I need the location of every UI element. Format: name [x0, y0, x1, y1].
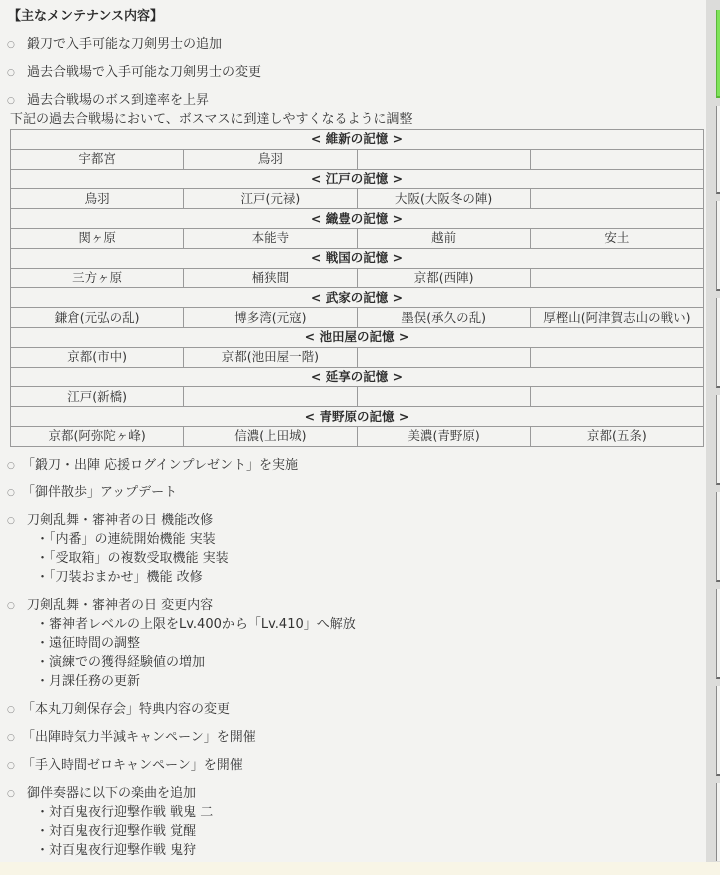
- table-cell: [530, 268, 703, 288]
- side-tab-5[interactable]: [716, 395, 720, 485]
- table-cell: 鳥羽: [11, 189, 184, 209]
- list-item-text: 御伴奏器に以下の楽曲を追加: [27, 785, 196, 803]
- list-item-text: 「鍛刀・出陣 応援ログインプレゼント」を実施: [22, 457, 298, 475]
- table-cell: 京都(阿弥陀ヶ峰): [11, 426, 184, 446]
- side-tab-1[interactable]: [716, 10, 720, 98]
- era-title: < 織豊の記憶 >: [11, 209, 704, 229]
- circle-bullet-icon: ○: [7, 484, 15, 502]
- table-cell: 江戸(新橋): [11, 387, 184, 407]
- sub-item: ・「受取箱」の複数受取機能 実装: [36, 549, 229, 569]
- era-header-row: < 維新の記憶 >: [11, 130, 704, 150]
- table-cell: [357, 387, 530, 407]
- circle-bullet-icon: ○: [7, 512, 15, 530]
- list-item-text: 「出陣時気力半減キャンペーン」を開催: [22, 729, 256, 747]
- list-item-text: 過去合戦場で入手可能な刀剣男士の変更: [27, 64, 261, 82]
- sub-item: ・対百鬼夜行迎撃作戦 戦鬼 二: [36, 803, 213, 823]
- table-cell: 美濃(青野原): [357, 426, 530, 446]
- boss-note: 下記の過去合戦場において、ボスマスに到達しやすくなるように調整: [10, 111, 412, 129]
- sub-item: ・遠征時間の調整: [36, 634, 140, 654]
- era-title: < 江戸の記憶 >: [11, 169, 704, 189]
- circle-bullet-icon: ○: [7, 729, 15, 747]
- circle-bullet-icon: ○: [7, 785, 15, 803]
- table-cell: [357, 347, 530, 367]
- table-cell: 本能寺: [184, 228, 357, 248]
- list-item-text: 刀剣乱舞・審神者の日 機能改修: [27, 512, 213, 530]
- side-tab-bar: [706, 0, 720, 862]
- table-row: 京都(阿弥陀ヶ峰) 信濃(上田城) 美濃(青野原) 京都(五条): [11, 426, 704, 446]
- table-cell: 関ヶ原: [11, 228, 184, 248]
- sub-item: ・対百鬼夜行迎撃作戦 覚醒: [36, 822, 196, 842]
- side-tab-9[interactable]: [716, 783, 720, 861]
- table-cell: 三方ヶ原: [11, 268, 184, 288]
- era-title: < 武家の記憶 >: [11, 288, 704, 308]
- era-header-row: < 青野原の記憶 >: [11, 407, 704, 427]
- table-cell: 安土: [530, 228, 703, 248]
- table-cell: 鳥羽: [184, 149, 357, 169]
- circle-bullet-icon: ○: [7, 64, 15, 82]
- era-header-row: < 延享の記憶 >: [11, 367, 704, 387]
- sub-item: ・「内番」の連続開始機能 実装: [36, 530, 216, 550]
- era-title: < 青野原の記憶 >: [11, 407, 704, 427]
- circle-bullet-icon: ○: [7, 36, 15, 54]
- table-cell: 京都(五条): [530, 426, 703, 446]
- era-title: < 戦国の記憶 >: [11, 248, 704, 268]
- table-cell: [530, 149, 703, 169]
- era-title: < 池田屋の記憶 >: [11, 327, 704, 347]
- table-row: 宇都宮 鳥羽: [11, 149, 704, 169]
- era-header-row: < 江戸の記憶 >: [11, 169, 704, 189]
- table-cell: 越前: [357, 228, 530, 248]
- sub-item: ・月課任務の更新: [36, 672, 140, 692]
- era-title: < 延享の記憶 >: [11, 367, 704, 387]
- section-heading: 【主なメンテナンス内容】: [8, 8, 163, 26]
- era-header-row: < 武家の記憶 >: [11, 288, 704, 308]
- table-cell: 厚樫山(阿津賀志山の戦い): [530, 308, 703, 328]
- side-tab-3[interactable]: [716, 201, 720, 291]
- sub-item: ・演練での獲得経験値の増加: [36, 653, 205, 673]
- circle-bullet-icon: ○: [7, 757, 15, 775]
- sub-item: ・審神者レベルの上限をLv.400から「Lv.410」へ解放: [36, 615, 356, 635]
- table-row: 鳥羽 江戸(元禄) 大阪(大阪冬の陣): [11, 189, 704, 209]
- maintenance-content: 【主なメンテナンス内容】 ○ 鍛刀で入手可能な刀剣男士の追加 ○ 過去合戦場で入…: [0, 0, 706, 860]
- table-cell: [530, 347, 703, 367]
- list-item-text: 過去合戦場のボス到達率を上昇: [27, 92, 209, 110]
- era-header-row: < 池田屋の記憶 >: [11, 327, 704, 347]
- battlefield-table: < 維新の記憶 > 宇都宮 鳥羽 < 江戸の記憶 > 鳥羽 江戸(元禄) 大阪(…: [10, 129, 704, 447]
- circle-bullet-icon: ○: [7, 92, 15, 110]
- circle-bullet-icon: ○: [7, 457, 15, 475]
- table-cell: 信濃(上田城): [184, 426, 357, 446]
- table-row: 鎌倉(元弘の乱) 博多湾(元寇) 墨俣(承久の乱) 厚樫山(阿津賀志山の戦い): [11, 308, 704, 328]
- table-cell: 京都(西陣): [357, 268, 530, 288]
- table-row: 京都(市中) 京都(池田屋一階): [11, 347, 704, 367]
- table-cell: [357, 149, 530, 169]
- table-row: 三方ヶ原 桶狭間 京都(西陣): [11, 268, 704, 288]
- circle-bullet-icon: ○: [7, 701, 15, 719]
- circle-bullet-icon: ○: [7, 597, 15, 615]
- side-tab-4[interactable]: [716, 298, 720, 388]
- sub-item: ・「刀装おまかせ」機能 改修: [36, 568, 203, 588]
- list-item-text: 鍛刀で入手可能な刀剣男士の追加: [27, 36, 222, 54]
- era-title: < 維新の記憶 >: [11, 130, 704, 150]
- list-item-text: 「本丸刀剣保存会」特典内容の変更: [22, 701, 230, 719]
- sub-item: ・対百鬼夜行迎撃作戦 鬼狩: [36, 841, 196, 861]
- side-tab-2[interactable]: [716, 106, 720, 194]
- list-item-text: 「手入時間ゼロキャンペーン」を開催: [22, 757, 243, 775]
- table-cell: 博多湾(元寇): [184, 308, 357, 328]
- side-tab-6[interactable]: [716, 492, 720, 582]
- table-cell: 宇都宮: [11, 149, 184, 169]
- table-cell: 大阪(大阪冬の陣): [357, 189, 530, 209]
- side-tab-7[interactable]: [716, 589, 720, 679]
- table-cell: 江戸(元禄): [184, 189, 357, 209]
- table-cell: 京都(市中): [11, 347, 184, 367]
- table-cell: 鎌倉(元弘の乱): [11, 308, 184, 328]
- table-cell: 墨俣(承久の乱): [357, 308, 530, 328]
- table-row: 江戸(新橋): [11, 387, 704, 407]
- table-cell: [530, 189, 703, 209]
- era-header-row: < 戦国の記憶 >: [11, 248, 704, 268]
- table-cell: [184, 387, 357, 407]
- table-row: 関ヶ原 本能寺 越前 安土: [11, 228, 704, 248]
- era-header-row: < 織豊の記憶 >: [11, 209, 704, 229]
- list-item-text: 刀剣乱舞・審神者の日 変更内容: [27, 597, 213, 615]
- side-tab-8[interactable]: [716, 686, 720, 776]
- table-cell: [530, 387, 703, 407]
- table-cell: 桶狭間: [184, 268, 357, 288]
- table-cell: 京都(池田屋一階): [184, 347, 357, 367]
- list-item-text: 「御伴散歩」アップデート: [22, 484, 177, 502]
- bottom-bar: [0, 862, 720, 875]
